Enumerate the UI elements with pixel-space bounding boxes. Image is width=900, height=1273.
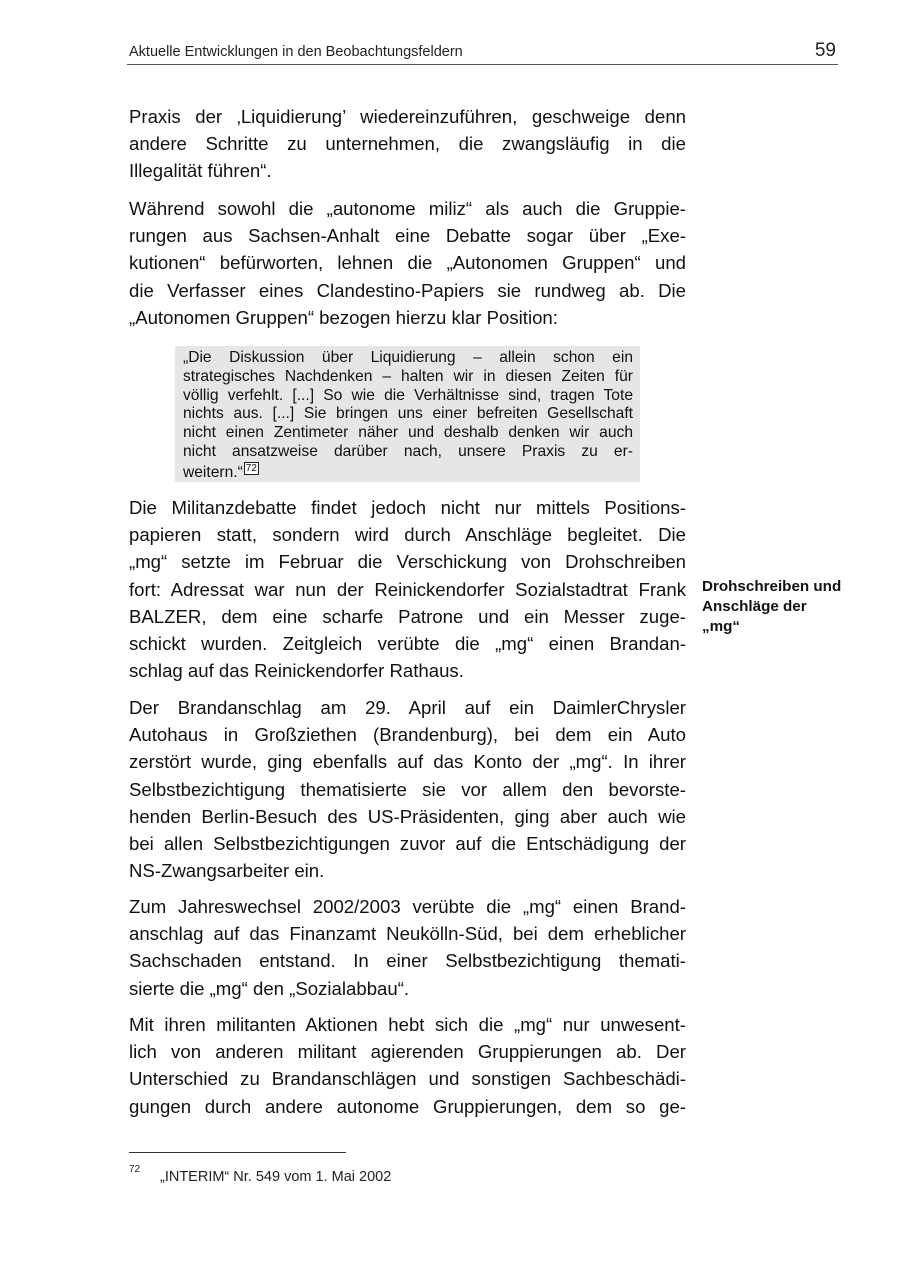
paragraph-5: Zum Jahreswechsel 2002/2003 verübte die …: [129, 893, 686, 1002]
text-line: Sachschaden entstand. In einer Selbstbez…: [129, 947, 686, 974]
quote-line-last: weitern.“72: [183, 462, 633, 481]
footnote-number: 72: [129, 1164, 140, 1175]
margin-note-line: Drohschreiben und: [702, 577, 872, 597]
text-line: Unterschied zu Brandanschlägen und sonst…: [129, 1065, 686, 1092]
text-line: Während sowohl die „autonome miliz“ als …: [129, 195, 686, 222]
footnote-reference[interactable]: 72: [244, 462, 259, 475]
text-line: fort: Adressat war nun der Reinickendorf…: [129, 576, 686, 603]
footnote-text: „INTERIM“ Nr. 549 vom 1. Mai 2002: [160, 1169, 391, 1185]
text-line: schickt wurden. Zeitgleich verübte die „…: [129, 630, 686, 657]
text-line: Illegalität führen“.: [129, 157, 686, 184]
margin-note: Drohschreiben und Anschläge der „mg“: [702, 577, 872, 637]
text-line: kutionen“ befürworten, lehnen die „Auton…: [129, 249, 686, 276]
text-line: lich von anderen militant agierenden Gru…: [129, 1038, 686, 1065]
text-line: „Autonomen Gruppen“ bezogen hierzu klar …: [129, 304, 686, 331]
text-line: Mit ihren militanten Aktionen hebt sich …: [129, 1011, 686, 1038]
text-line: Zum Jahreswechsel 2002/2003 verübte die …: [129, 893, 686, 920]
text-line: Der Brandanschlag am 29. April auf ein D…: [129, 694, 686, 721]
text-line: Die Militanzdebatte findet jedoch nicht …: [129, 494, 686, 521]
text-line: rungen aus Sachsen-Anhalt eine Debatte s…: [129, 222, 686, 249]
paragraph-6: Mit ihren militanten Aktionen hebt sich …: [129, 1011, 686, 1120]
block-quote: „Die Diskussion über Liquidierung – alle…: [175, 346, 640, 482]
quote-line: nicht ansatzweise darüber nach, unsere P…: [183, 443, 633, 462]
text-line: andere Schritte zu unternehmen, die zwan…: [129, 130, 686, 157]
text-line: papieren statt, sondern wird durch Ansch…: [129, 521, 686, 548]
paragraph-3: Die Militanzdebatte findet jedoch nicht …: [129, 494, 686, 684]
text-line: Selbstbezichtigung thematisierte sie vor…: [129, 776, 686, 803]
page-number: 59: [815, 40, 836, 62]
quote-line: völlig verfehlt. [...] So wie die Verhäl…: [183, 387, 633, 406]
text-line: Autohaus in Großziethen (Brandenburg), b…: [129, 721, 686, 748]
text-line: „mg“ setzte im Februar die Verschickung …: [129, 548, 686, 575]
text-line: NS-Zwangsarbeiter ein.: [129, 857, 686, 884]
footnote-divider: [129, 1152, 346, 1153]
text-line: schlag auf das Reinickendorfer Rathaus.: [129, 657, 686, 684]
quote-line: nicht einen Zentimeter näher und deshalb…: [183, 424, 633, 443]
quote-line: „Die Diskussion über Liquidierung – alle…: [183, 349, 633, 368]
quote-line: strategisches Nachdenken – halten wir in…: [183, 368, 633, 387]
text-line: bei allen Selbstbezichtigungen zuvor auf…: [129, 830, 686, 857]
text-line: anschlag auf das Finanzamt Neukölln-Süd,…: [129, 920, 686, 947]
header-title: Aktuelle Entwicklungen in den Beobachtun…: [129, 44, 463, 60]
text-line: gungen durch andere autonome Gruppierung…: [129, 1093, 686, 1120]
quote-line: weitern.“: [183, 464, 243, 481]
text-line: Praxis der ‚Liquidierung’ wiedereinzufüh…: [129, 103, 686, 130]
text-line: henden Berlin-Besuch des US-Präsidenten,…: [129, 803, 686, 830]
paragraph-4: Der Brandanschlag am 29. April auf ein D…: [129, 694, 686, 884]
running-header: Aktuelle Entwicklungen in den Beobachtun…: [127, 40, 838, 65]
paragraph-1: Praxis der ‚Liquidierung’ wiedereinzufüh…: [129, 103, 686, 185]
text-line: die Verfasser eines Clandestino-Papiers …: [129, 277, 686, 304]
margin-note-line: Anschläge der: [702, 597, 872, 617]
text-line: BALZER, dem eine scharfe Patrone und ein…: [129, 603, 686, 630]
text-line: zerstört wurde, ging ebenfalls auf das K…: [129, 748, 686, 775]
quote-line: nichts aus. [...] Sie bringen uns einer …: [183, 405, 633, 424]
margin-note-line: „mg“: [702, 617, 872, 637]
paragraph-2: Während sowohl die „autonome miliz“ als …: [129, 195, 686, 331]
text-line: sierte die „mg“ den „Sozialabbau“.: [129, 975, 686, 1002]
